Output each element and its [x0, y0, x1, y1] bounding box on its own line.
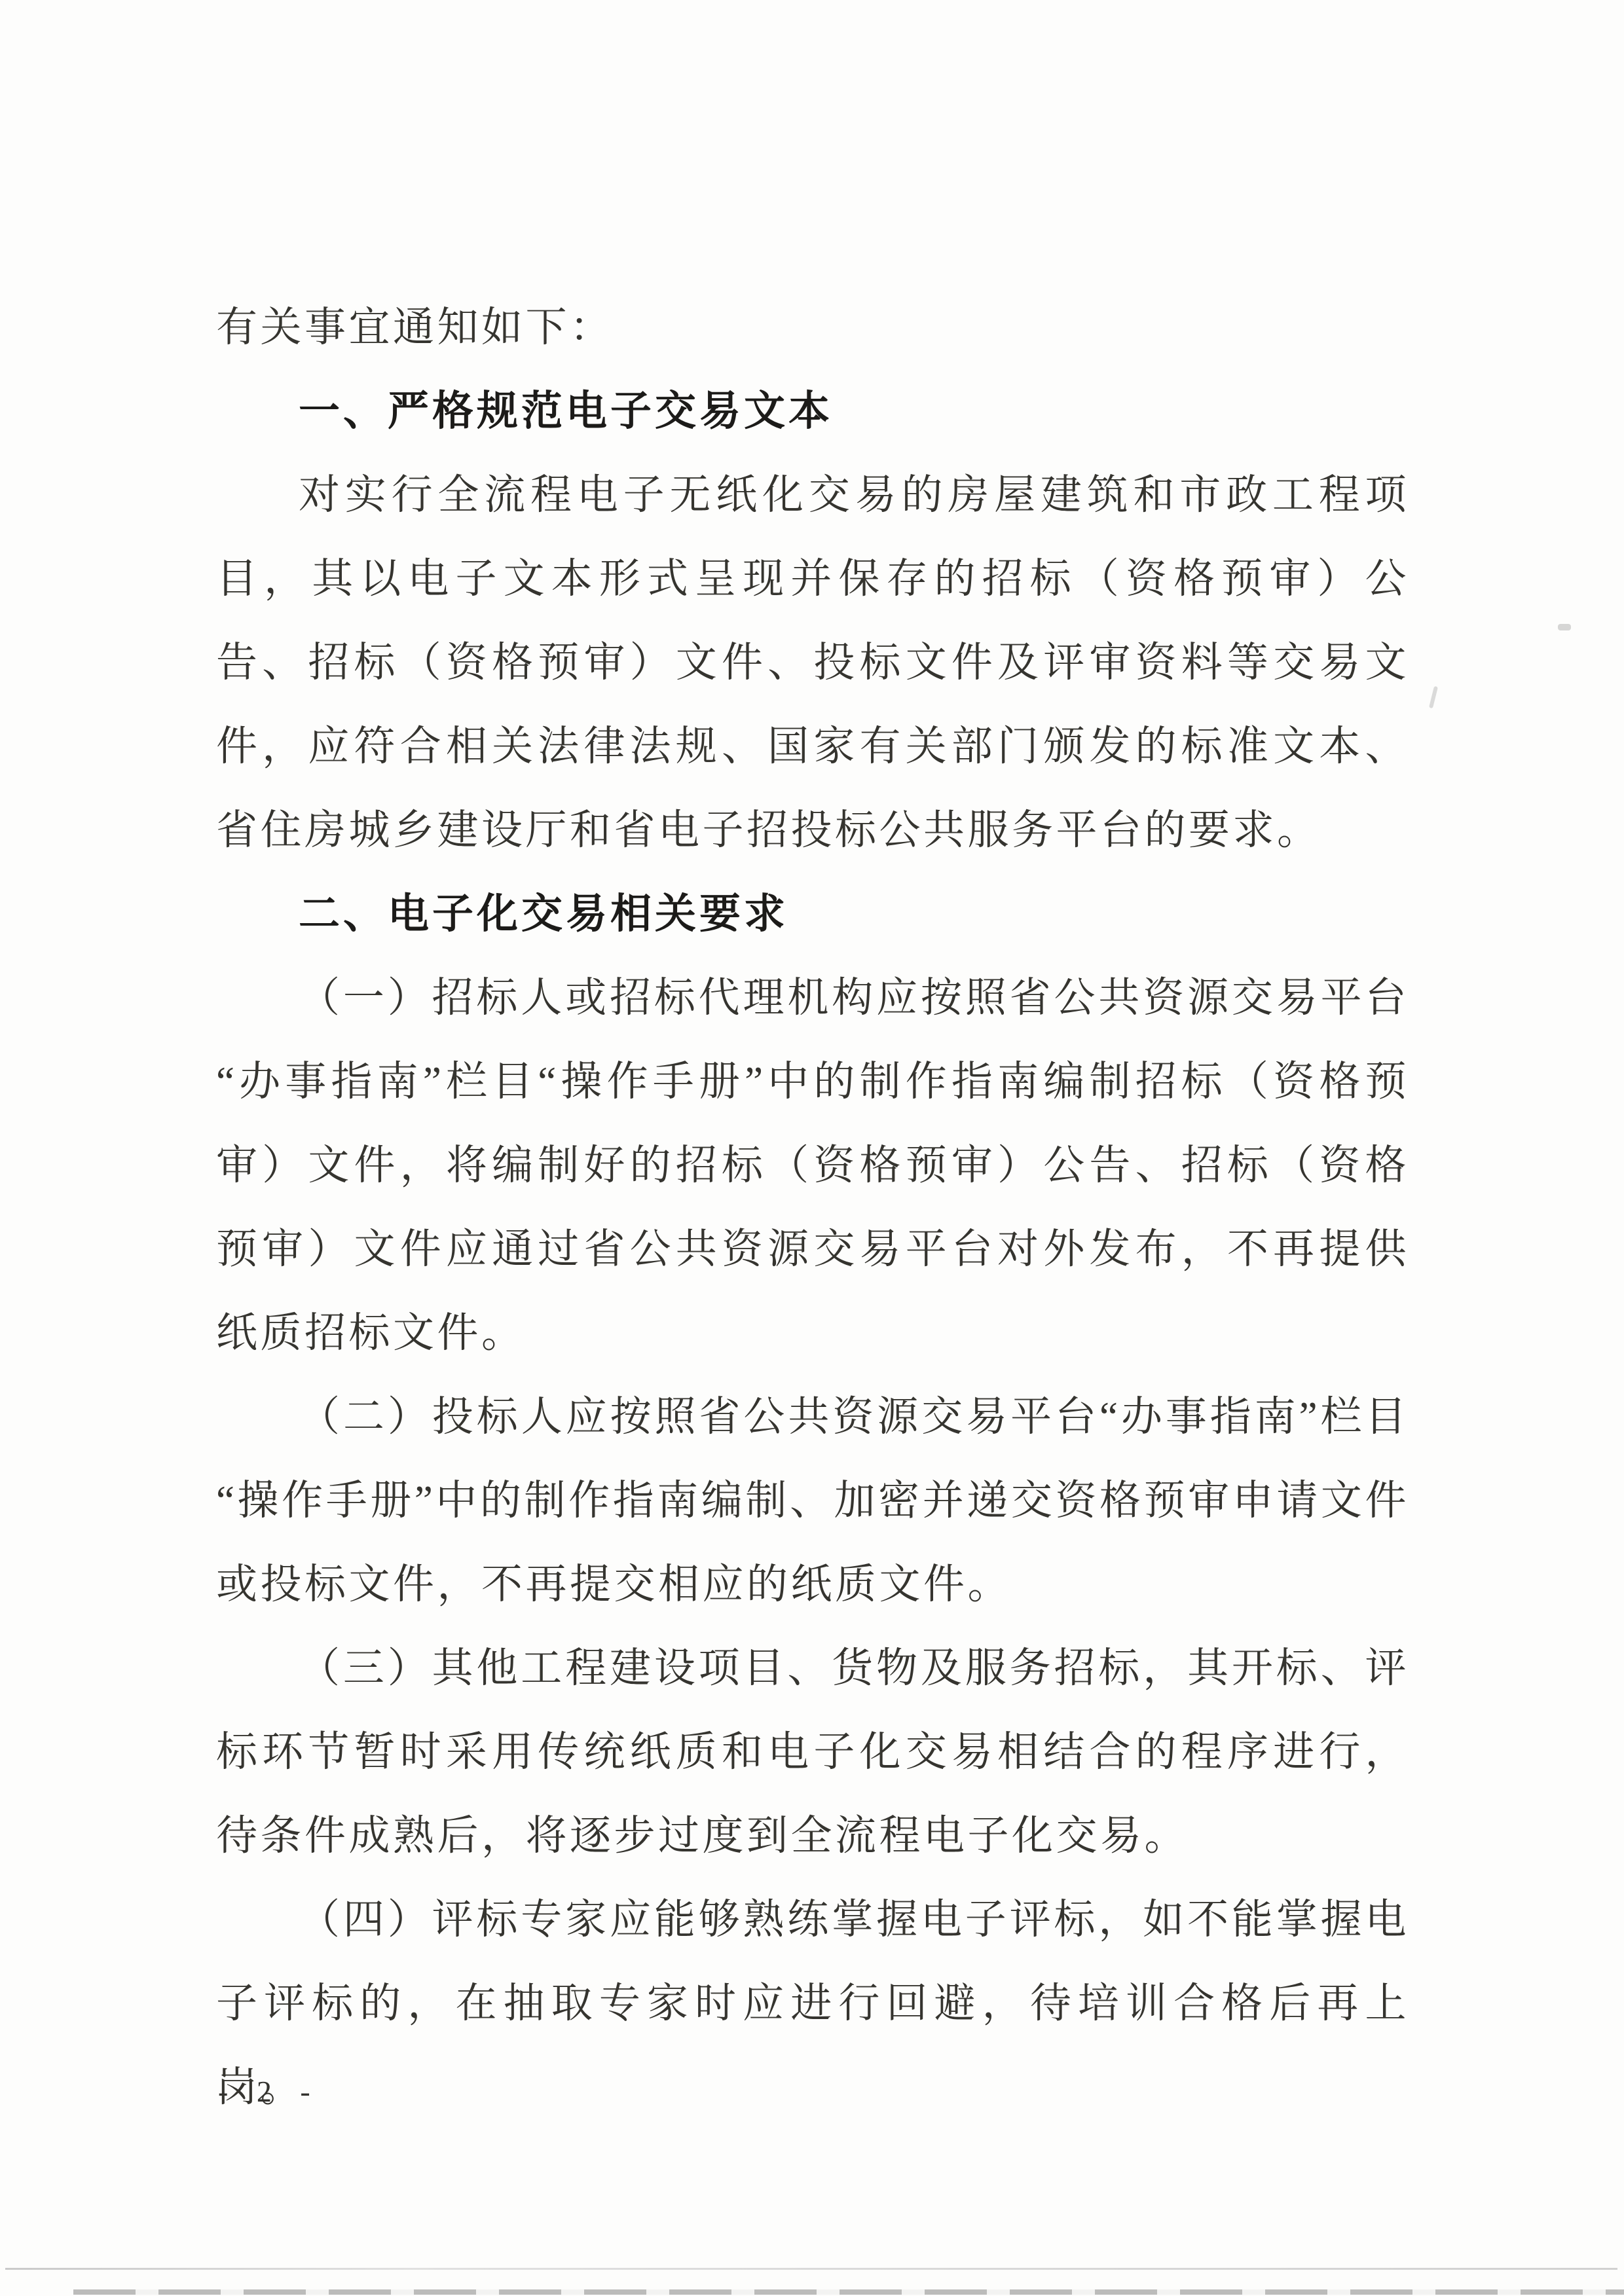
document-body: 有关事宜通知如下： 一、严格规范电子交易文本 对实行全流程电子无纸化交易的房屋建… [216, 285, 1409, 2129]
scan-smudge [1558, 624, 1571, 630]
scan-smudge [1429, 686, 1438, 708]
section-heading-1: 一、严格规范电子交易文本 [216, 369, 1409, 453]
scan-artifact-line [5, 2268, 1617, 2270]
section-2-paragraph-2: （二）投标人应按照省公共资源交易平台“办事指南”栏目“操作手册”中的制作指南编制… [216, 1375, 1409, 1626]
section-2-paragraph-4: （四）评标专家应能够熟练掌握电子评标，如不能掌握电子评标的，在抽取专家时应进行回… [216, 1878, 1409, 2129]
section-2-paragraph-3: （三）其他工程建设项目、货物及服务招标，其开标、评标环节暂时采用传统纸质和电子化… [216, 1626, 1409, 1878]
document-page: 有关事宜通知如下： 一、严格规范电子交易文本 对实行全流程电子无纸化交易的房屋建… [0, 0, 1624, 2296]
section-2-paragraph-1: （一）招标人或招标代理机构应按照省公共资源交易平台“办事指南”栏目“操作手册”中… [216, 956, 1409, 1375]
intro-line: 有关事宜通知如下： [216, 285, 1409, 369]
section-1-paragraph-1: 对实行全流程电子无纸化交易的房屋建筑和市政工程项目，其以电子文本形式呈现并保存的… [216, 453, 1409, 872]
page-number: - 2 - [218, 2074, 321, 2109]
section-heading-2: 二、电子化交易相关要求 [216, 872, 1409, 956]
scan-artifact-bottom-band [73, 2289, 1624, 2295]
